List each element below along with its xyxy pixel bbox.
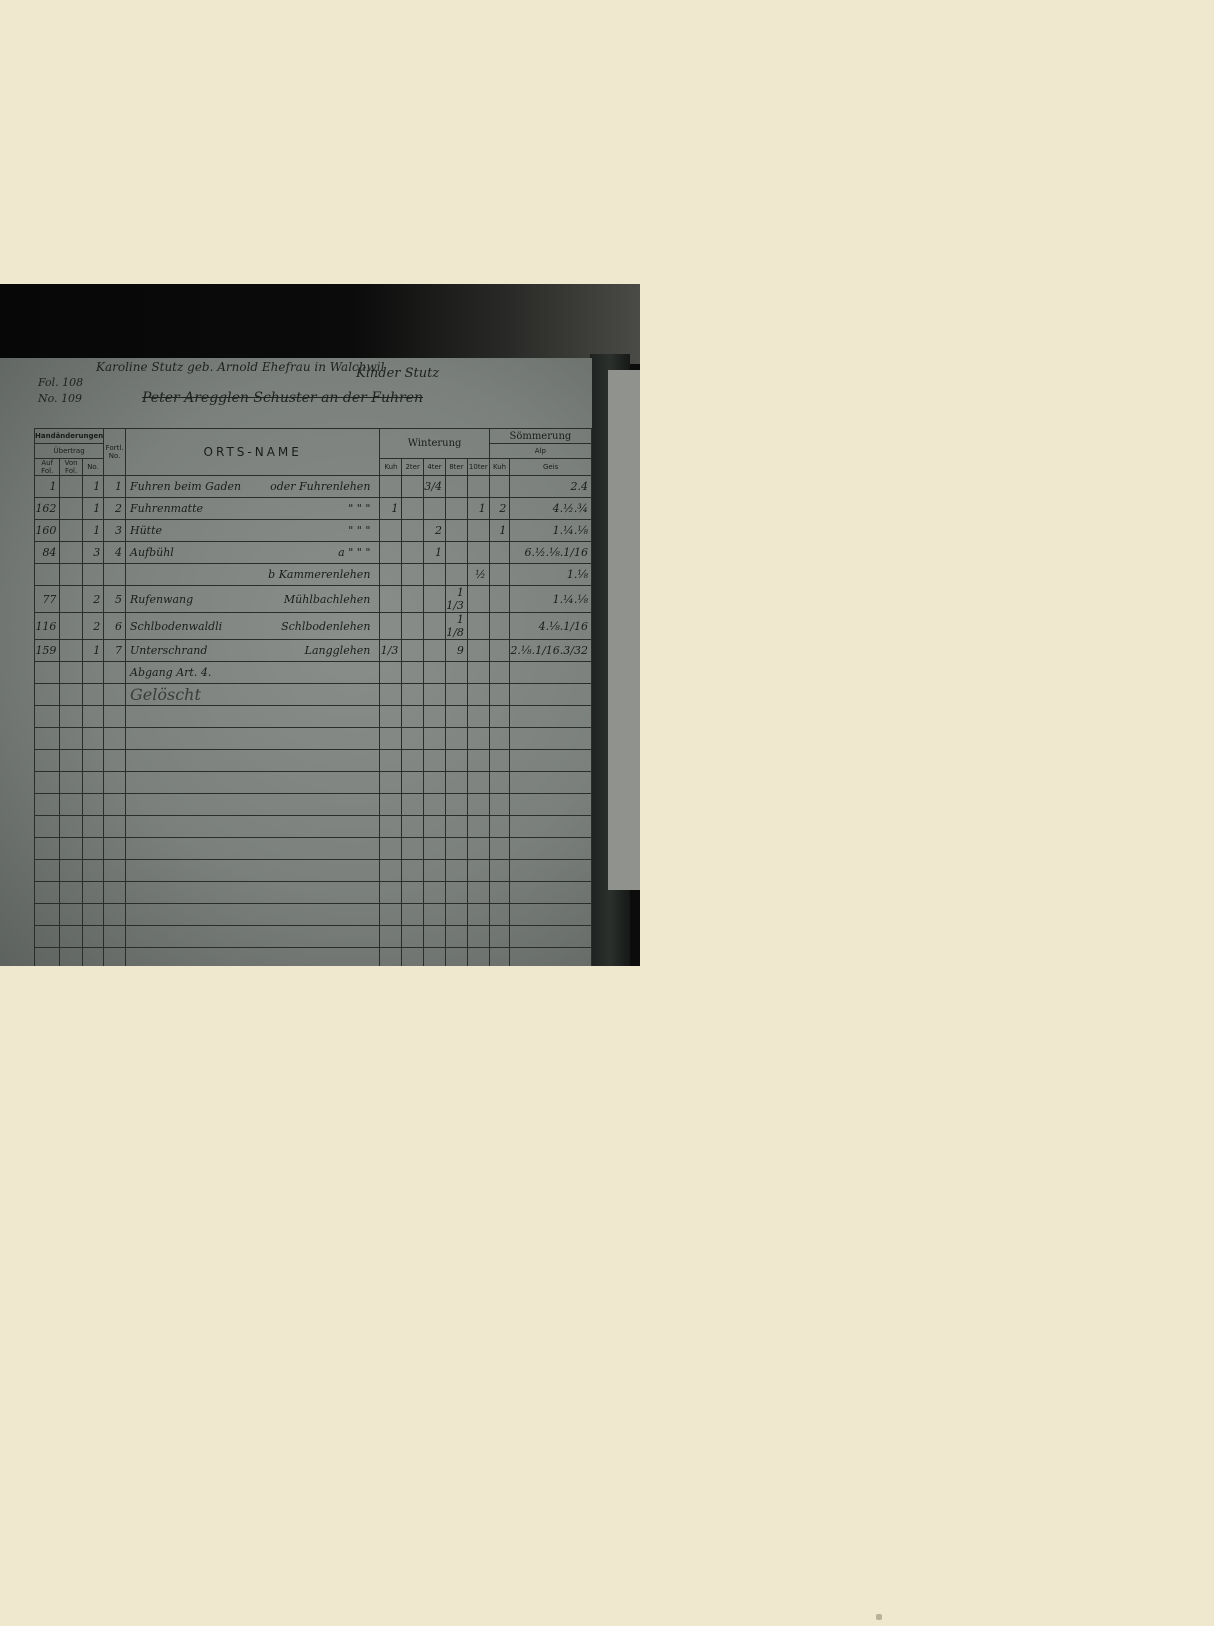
- auf-fol-cell: 116: [35, 613, 60, 640]
- orts-name-cell: Fuhren beim Gadenoder Fuhrenlehen: [126, 476, 380, 498]
- empty-row: [35, 948, 592, 967]
- w-2ter-header: 2ter: [402, 459, 424, 476]
- table-row: 8434Aufbühla " " "16.½.⅛.1/16: [35, 542, 592, 564]
- place-name: Fuhrenmatte: [130, 502, 203, 515]
- soemmerung-header: Sömmerung: [489, 429, 591, 444]
- w-8ter-header: 8ter: [445, 459, 467, 476]
- w-10ter-header: 10ter: [467, 459, 489, 476]
- place-name-secondary: b Kammerenlehen: [268, 568, 376, 581]
- w-kuh-cell: 1/3: [380, 640, 402, 662]
- no-cell: 3: [82, 542, 103, 564]
- empty-row: [35, 816, 592, 838]
- no-cell: 1: [82, 498, 103, 520]
- w-10-cell: 1: [467, 498, 489, 520]
- table-row: 16013Hütte" " "211.¼.⅛: [35, 520, 592, 542]
- no-cell: 2: [82, 613, 103, 640]
- s-geis-cell: 1.¼.⅛: [510, 586, 592, 613]
- w-4ter-header: 4ter: [423, 459, 445, 476]
- w-10-cell: [467, 520, 489, 542]
- fortl-cell: 1: [104, 476, 126, 498]
- orts-name-cell: b Kammerenlehen: [126, 564, 380, 586]
- table-row: 15917UnterschrandLangglehen1/392.⅛.1/16.…: [35, 640, 592, 662]
- auf-fol-cell: [35, 564, 60, 586]
- no-cell: 1: [82, 476, 103, 498]
- fortl-no-header: Fortl. No.: [104, 429, 126, 476]
- wooden-table-edge: [0, 284, 640, 364]
- s-kuh-cell: 1: [489, 520, 510, 542]
- w-4-cell: [423, 564, 445, 586]
- alp-header: Alp: [489, 444, 591, 459]
- w-4-cell: 2: [423, 520, 445, 542]
- fortl-cell: 7: [104, 640, 126, 662]
- orts-name-cell: Fuhrenmatte" " ": [126, 498, 380, 520]
- w-kuh-cell: [380, 564, 402, 586]
- s-geis-cell: 4.½.¾: [510, 498, 592, 520]
- s-kuh-cell: [489, 476, 510, 498]
- w-2-cell: [402, 586, 424, 613]
- s-geis-cell: 1.¼.⅛: [510, 520, 592, 542]
- w-4-cell: [423, 640, 445, 662]
- w-10-cell: [467, 613, 489, 640]
- von-fol-cell: [60, 640, 82, 662]
- auf-fol-cell: 84: [35, 542, 60, 564]
- fortl-cell: 6: [104, 613, 126, 640]
- s-kuh-cell: 2: [489, 498, 510, 520]
- ledger-photograph: Fol. 108 No. 109 Karoline Stutz geb. Arn…: [0, 284, 640, 966]
- place-name-secondary: a " " ": [338, 546, 376, 559]
- w-10-cell: [467, 640, 489, 662]
- w-2-cell: [402, 564, 424, 586]
- ledger-page: Fol. 108 No. 109 Karoline Stutz geb. Arn…: [0, 358, 592, 966]
- empty-row: [35, 926, 592, 948]
- fortl-cell: 5: [104, 586, 126, 613]
- w-kuh-cell: [380, 613, 402, 640]
- no-cell: 1: [82, 520, 103, 542]
- w-10-cell: [467, 586, 489, 613]
- s-geis-cell: 2.⅛.1/16.3/32: [510, 640, 592, 662]
- empty-row: [35, 838, 592, 860]
- fortl-cell: 4: [104, 542, 126, 564]
- von-fol-cell: [60, 542, 82, 564]
- w-8-cell: [445, 564, 467, 586]
- fortl-cell: 2: [104, 498, 126, 520]
- orts-name-header: ORTS-NAME: [126, 429, 380, 476]
- orts-name-cell: SchlbodenwaldliSchlbodenlehen: [126, 613, 380, 640]
- empty-row: Gelöscht: [35, 684, 592, 706]
- w-2-cell: [402, 613, 424, 640]
- von-fol-cell: [60, 498, 82, 520]
- place-name: Rufenwang: [130, 593, 193, 606]
- s-kuh-cell: [489, 640, 510, 662]
- w-kuh-cell: [380, 586, 402, 613]
- auf-fol-cell: 160: [35, 520, 60, 542]
- ledger-table: Handänderungen Fortl. No. ORTS-NAME Wint…: [34, 428, 592, 966]
- empty-row: [35, 794, 592, 816]
- empty-row: [35, 860, 592, 882]
- table-row: b Kammerenlehen½1.⅛: [35, 564, 592, 586]
- place-name: Unterschrand: [130, 644, 207, 657]
- fortl-cell: [104, 564, 126, 586]
- auf-fol-cell: 77: [35, 586, 60, 613]
- no-header: No.: [82, 459, 103, 476]
- w-kuh-cell: [380, 520, 402, 542]
- w-8-cell: [445, 498, 467, 520]
- place-name-secondary: oder Fuhrenlehen: [270, 480, 376, 493]
- fortl-cell: 3: [104, 520, 126, 542]
- w-8-cell: [445, 520, 467, 542]
- s-geis-cell: 6.½.⅛.1/16: [510, 542, 592, 564]
- von-fol-cell: [60, 613, 82, 640]
- place-name-secondary: " " ": [348, 524, 376, 537]
- orts-name-cell: UnterschrandLangglehen: [126, 640, 380, 662]
- table-row: 16212Fuhrenmatte" " "1124.½.¾: [35, 498, 592, 520]
- w-8-cell: [445, 476, 467, 498]
- s-kuh-cell: [489, 542, 510, 564]
- von-fol-cell: [60, 476, 82, 498]
- w-10-cell: ½: [467, 564, 489, 586]
- abgang-note: Abgang Art. 4.: [126, 662, 380, 684]
- place-name: Schlbodenwaldli: [130, 620, 222, 633]
- place-name-secondary: Langglehen: [305, 644, 377, 657]
- von-fol-cell: [60, 520, 82, 542]
- empty-row: [35, 750, 592, 772]
- no-cell: 2: [82, 586, 103, 613]
- empty-row: [35, 882, 592, 904]
- w-2-cell: [402, 476, 424, 498]
- winterung-header: Winterung: [380, 429, 489, 459]
- empty-row: [35, 706, 592, 728]
- table-row: 7725RufenwangMühlbachlehen1 1/31.¼.⅛: [35, 586, 592, 613]
- table-row: 11626SchlbodenwaldliSchlbodenlehen1 1/84…: [35, 613, 592, 640]
- fol-number: Fol. 108: [38, 376, 83, 389]
- empty-row: [35, 904, 592, 926]
- s-geis-cell: 4.⅛.1/16: [510, 613, 592, 640]
- handaenderungen-header: Handänderungen: [35, 429, 104, 444]
- w-8-cell: 1 1/3: [445, 586, 467, 613]
- auf-fol-cell: 159: [35, 640, 60, 662]
- w-8-cell: 1 1/8: [445, 613, 467, 640]
- w-4-cell: [423, 498, 445, 520]
- w-2-cell: [402, 520, 424, 542]
- w-10-cell: [467, 476, 489, 498]
- w-2-cell: [402, 498, 424, 520]
- von-fol-header: Von Fol.: [60, 459, 82, 476]
- place-name: Fuhren beim Gaden: [130, 480, 241, 493]
- geloescht-note: Gelöscht: [126, 684, 380, 706]
- s-geis-header: Geis: [510, 459, 592, 476]
- paper-speck: [876, 1614, 882, 1620]
- s-kuh-cell: [489, 613, 510, 640]
- w-10-cell: [467, 542, 489, 564]
- auf-fol-cell: 1: [35, 476, 60, 498]
- no-cell: 1: [82, 640, 103, 662]
- s-geis-cell: 1.⅛: [510, 564, 592, 586]
- w-2-cell: [402, 640, 424, 662]
- adjacent-page-edge: [608, 370, 640, 890]
- owner-line-1: Karoline Stutz geb. Arnold Ehefrau in Wa…: [96, 360, 384, 374]
- w-4-cell: [423, 613, 445, 640]
- place-name: Hütte: [130, 524, 162, 537]
- w-8-cell: [445, 542, 467, 564]
- s-kuh-cell: [489, 564, 510, 586]
- w-2-cell: [402, 542, 424, 564]
- w-kuh-header: Kuh: [380, 459, 402, 476]
- orts-name-cell: Hütte" " ": [126, 520, 380, 542]
- w-4-cell: [423, 586, 445, 613]
- uebertrag-header: Übertrag: [35, 444, 104, 459]
- w-kuh-cell: [380, 542, 402, 564]
- empty-row: Abgang Art. 4.: [35, 662, 592, 684]
- s-kuh-header: Kuh: [489, 459, 510, 476]
- von-fol-cell: [60, 586, 82, 613]
- place-name: Aufbühl: [130, 546, 174, 559]
- w-4-cell: 3/4: [423, 476, 445, 498]
- s-kuh-cell: [489, 586, 510, 613]
- auf-fol-cell: 162: [35, 498, 60, 520]
- w-kuh-cell: [380, 476, 402, 498]
- owner-line-1b: Kinder Stutz: [356, 366, 439, 381]
- auf-fol-header: Auf Fol.: [35, 459, 60, 476]
- no-cell: [82, 564, 103, 586]
- empty-row: [35, 772, 592, 794]
- owner-line-2: Peter Aregglen Schuster an der Fuhren: [142, 390, 423, 406]
- place-name-secondary: Mühlbachlehen: [284, 593, 377, 606]
- s-geis-cell: 2.4: [510, 476, 592, 498]
- w-4-cell: 1: [423, 542, 445, 564]
- w-kuh-cell: 1: [380, 498, 402, 520]
- table-row: 111Fuhren beim Gadenoder Fuhrenlehen3/42…: [35, 476, 592, 498]
- orts-name-cell: RufenwangMühlbachlehen: [126, 586, 380, 613]
- place-name-secondary: " " ": [348, 502, 376, 515]
- empty-row: [35, 728, 592, 750]
- place-name-secondary: Schlbodenlehen: [281, 620, 376, 633]
- von-fol-cell: [60, 564, 82, 586]
- orts-name-cell: Aufbühla " " ": [126, 542, 380, 564]
- nr-number: No. 109: [38, 392, 82, 405]
- w-8-cell: 9: [445, 640, 467, 662]
